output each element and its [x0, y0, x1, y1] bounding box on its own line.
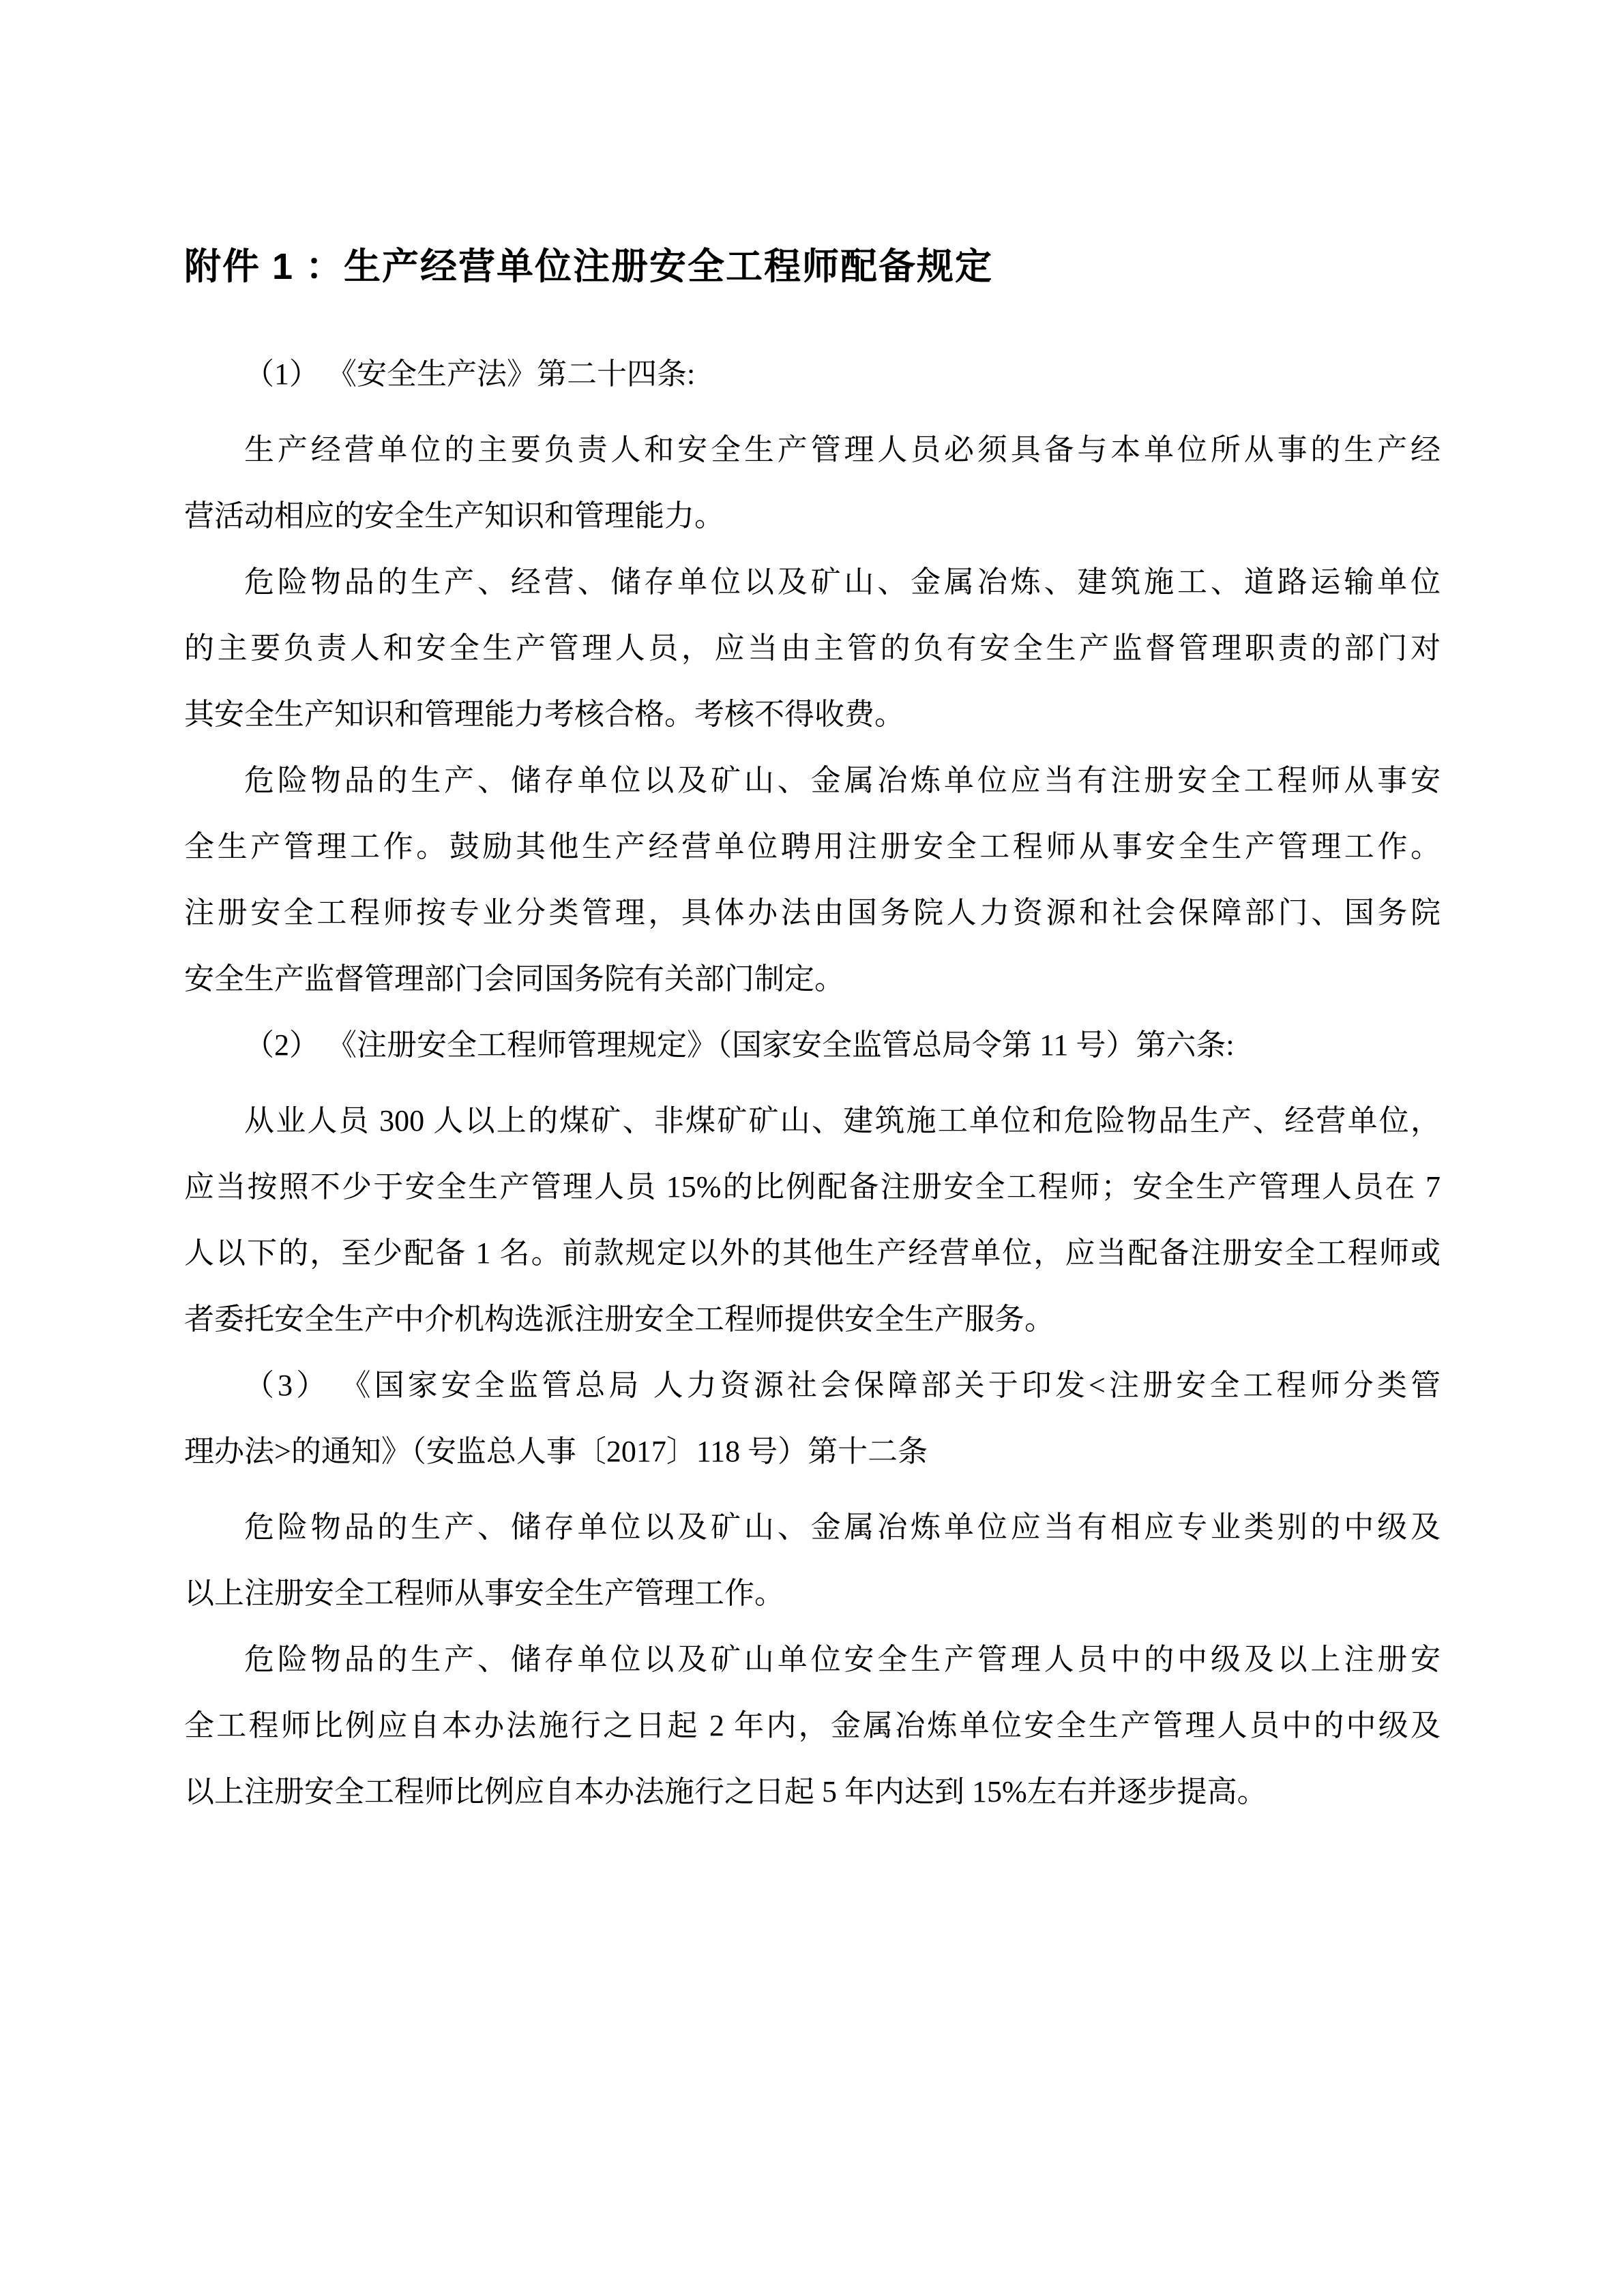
document-title: 附件 1 ：生产经营单位注册安全工程师配备规定 [184, 244, 1441, 289]
document-page: 附件 1 ：生产经营单位注册安全工程师配备规定 （1） 《安全生产法》第二十四条… [0, 0, 1624, 2296]
body-paragraph: 从业人员 300 人以上的煤矿、非煤矿矿山、建筑施工单位和危险物品生产、经营单位… [184, 1088, 1441, 1352]
text-line: 其安全生产知识和管理能力考核合格。考核不得收费。 [184, 681, 1441, 747]
body-paragraph: 危险物品的生产、储存单位以及矿山、金属冶炼单位应当有注册安全工程师从事安全生产管… [184, 747, 1441, 1012]
text-line: 危险物品的生产、储存单位以及矿山、金属冶炼单位应当有相应专业类别的中级及 [184, 1494, 1441, 1560]
text-line: 生产经营单位的主要负责人和安全生产管理人员必须具备与本单位所从事的生产经 [184, 417, 1441, 483]
text-line: 以上注册安全工程师比例应自本办法施行之日起 5 年内达到 15%左右并逐步提高。 [184, 1759, 1441, 1825]
text-line: 安全生产监督管理部门会同国务院有关部门制定。 [184, 946, 1441, 1012]
body-paragraph: 生产经营单位的主要负责人和安全生产管理人员必须具备与本单位所从事的生产经营活动相… [184, 417, 1441, 549]
text-line: 全生产管理工作。鼓励其他生产经营单位聘用注册安全工程师从事安全生产管理工作。 [184, 814, 1441, 880]
text-line: （2） 《注册安全工程师管理规定》（国家安全监管总局令第 11 号）第六条: [184, 1012, 1441, 1078]
body-paragraph: 危险物品的生产、经营、储存单位以及矿山、金属冶炼、建筑施工、道路运输单位的主要负… [184, 549, 1441, 747]
clause-heading: （3） 《国家安全监管总局 人力资源社会保障部关于印发<注册安全工程师分类管理办… [184, 1352, 1441, 1485]
text-line: 注册安全工程师按专业分类管理，具体办法由国务院人力资源和社会保障部门、国务院 [184, 880, 1441, 946]
text-line: 从业人员 300 人以上的煤矿、非煤矿矿山、建筑施工单位和危险物品生产、经营单位… [184, 1088, 1441, 1154]
text-line: 人以下的，至少配备 1 名。前款规定以外的其他生产经营单位，应当配备注册安全工程… [184, 1220, 1441, 1286]
text-line: 理办法>的通知》（安监总人事〔2017〕118 号）第十二条 [184, 1418, 1441, 1485]
text-line: 营活动相应的安全生产知识和管理能力。 [184, 483, 1441, 549]
text-line: 危险物品的生产、储存单位以及矿山单位安全生产管理人员中的中级及以上注册安 [184, 1626, 1441, 1693]
text-line: 危险物品的生产、经营、储存单位以及矿山、金属冶炼、建筑施工、道路运输单位 [184, 549, 1441, 615]
document-body: （1） 《安全生产法》第二十四条:生产经营单位的主要负责人和安全生产管理人员必须… [184, 341, 1441, 1825]
text-line: 以上注册安全工程师从事安全生产管理工作。 [184, 1560, 1441, 1626]
body-paragraph: 危险物品的生产、储存单位以及矿山单位安全生产管理人员中的中级及以上注册安全工程师… [184, 1626, 1441, 1825]
text-line: （3） 《国家安全监管总局 人力资源社会保障部关于印发<注册安全工程师分类管 [184, 1352, 1441, 1418]
text-line: 者委托安全生产中介机构选派注册安全工程师提供安全生产服务。 [184, 1286, 1441, 1352]
clause-heading: （2） 《注册安全工程师管理规定》（国家安全监管总局令第 11 号）第六条: [184, 1012, 1441, 1078]
text-line: 全工程师比例应自本办法施行之日起 2 年内，金属冶炼单位安全生产管理人员中的中级… [184, 1693, 1441, 1759]
text-line: 危险物品的生产、储存单位以及矿山、金属冶炼单位应当有注册安全工程师从事安 [184, 747, 1441, 814]
text-line: （1） 《安全生产法》第二十四条: [184, 341, 1441, 407]
text-line: 应当按照不少于安全生产管理人员 15%的比例配备注册安全工程师；安全生产管理人员… [184, 1154, 1441, 1220]
text-line: 的主要负责人和安全生产管理人员，应当由主管的负有安全生产监督管理职责的部门对 [184, 615, 1441, 681]
clause-heading: （1） 《安全生产法》第二十四条: [184, 341, 1441, 407]
body-paragraph: 危险物品的生产、储存单位以及矿山、金属冶炼单位应当有相应专业类别的中级及以上注册… [184, 1494, 1441, 1626]
